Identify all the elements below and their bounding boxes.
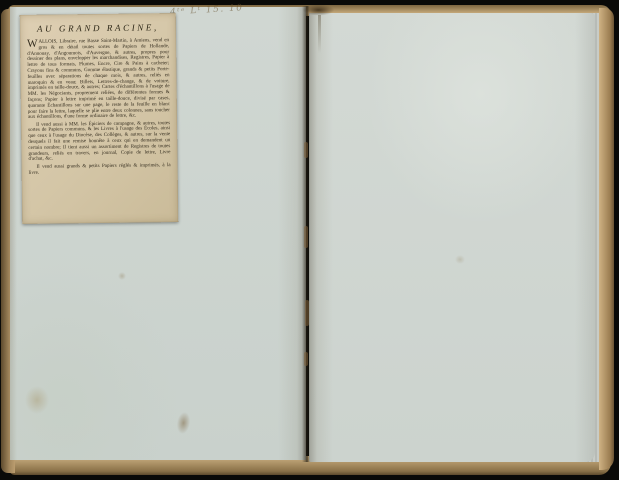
label-paragraph: Il vend aussi grands & petits Papiers ré… (29, 163, 171, 176)
gutter-glue-stain (304, 352, 308, 366)
label-body: AU GRAND RACINE, WALLOIS, Libraire, rue … (20, 13, 178, 181)
photo-backdrop: 4ᵗᵉ Lᵗ 15. 10 AU GRAND RACINE, WALLOIS, … (0, 0, 619, 480)
gutter-glue-stain (304, 226, 308, 248)
label-title: AU GRAND RACINE, (27, 22, 169, 34)
label-paragraph: Il vend aussi à MM. les Épiciers de camp… (28, 121, 170, 163)
bookseller-label: AU GRAND RACINE, WALLOIS, Libraire, rue … (20, 13, 179, 224)
label-paragraph: WALLOIS, Libraire, rue Basse Saint-Marti… (27, 38, 170, 121)
right-page (309, 13, 595, 462)
gutter-glue-stain (305, 300, 309, 326)
book-right-edge (599, 8, 614, 470)
gutter-glue-stain (304, 142, 308, 158)
